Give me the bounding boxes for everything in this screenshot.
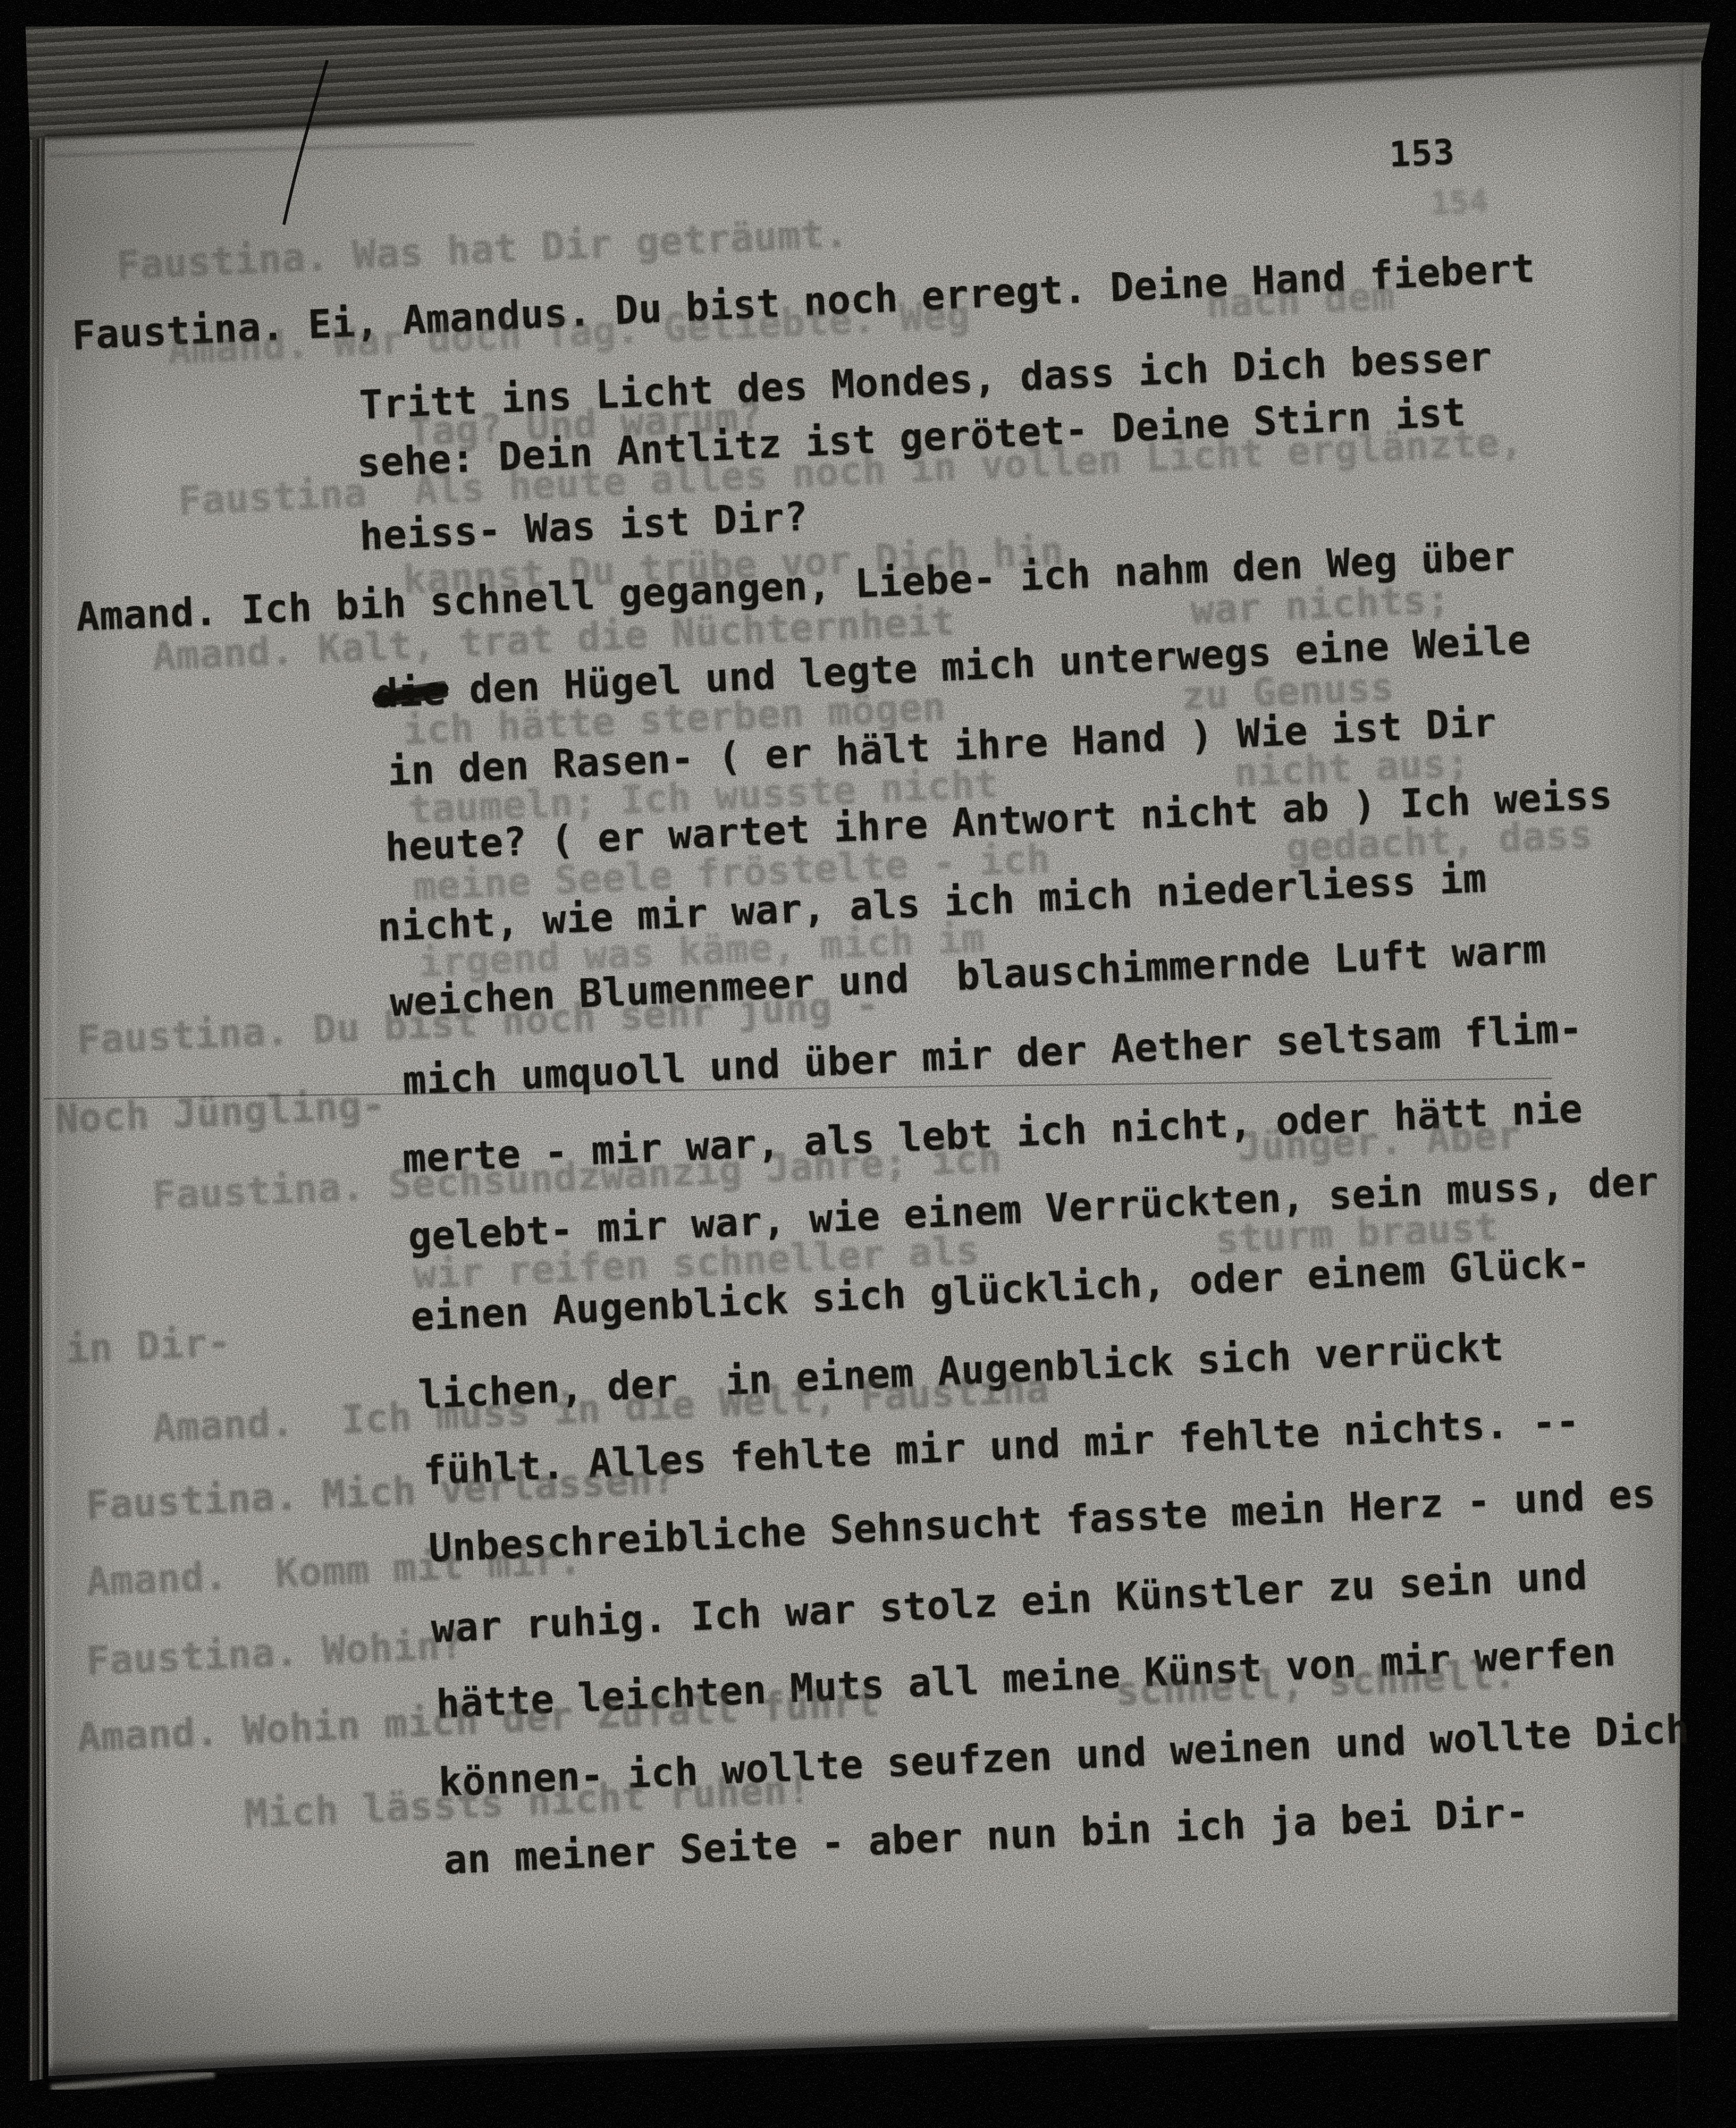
scan-background: 153 154 Faustina. Was hat Dir geträumt.F… (0, 0, 1736, 2128)
page-number: 153 (1389, 134, 1456, 174)
ghost-line: Noch Jüngling- (54, 1084, 387, 1140)
ghost-line: Amand. Komm mit mir. (85, 1539, 583, 1602)
typewritten-text-layer: 153 154 Faustina. Was hat Dir geträumt.F… (0, 0, 1736, 2126)
ghost-line: Faustina. Wohin? (85, 1624, 465, 1682)
ghost-line: Faustina. Mich verlassen? (85, 1459, 677, 1526)
ghost-line: Faustina. Was hat Dir geträumt. (116, 213, 849, 286)
typed-line: war ruhig. Ich war stolz ein Künstler zu… (430, 1555, 1588, 1650)
ghost-page-number: 154 (1430, 184, 1489, 220)
ghost-line: in Dir- (65, 1322, 232, 1370)
